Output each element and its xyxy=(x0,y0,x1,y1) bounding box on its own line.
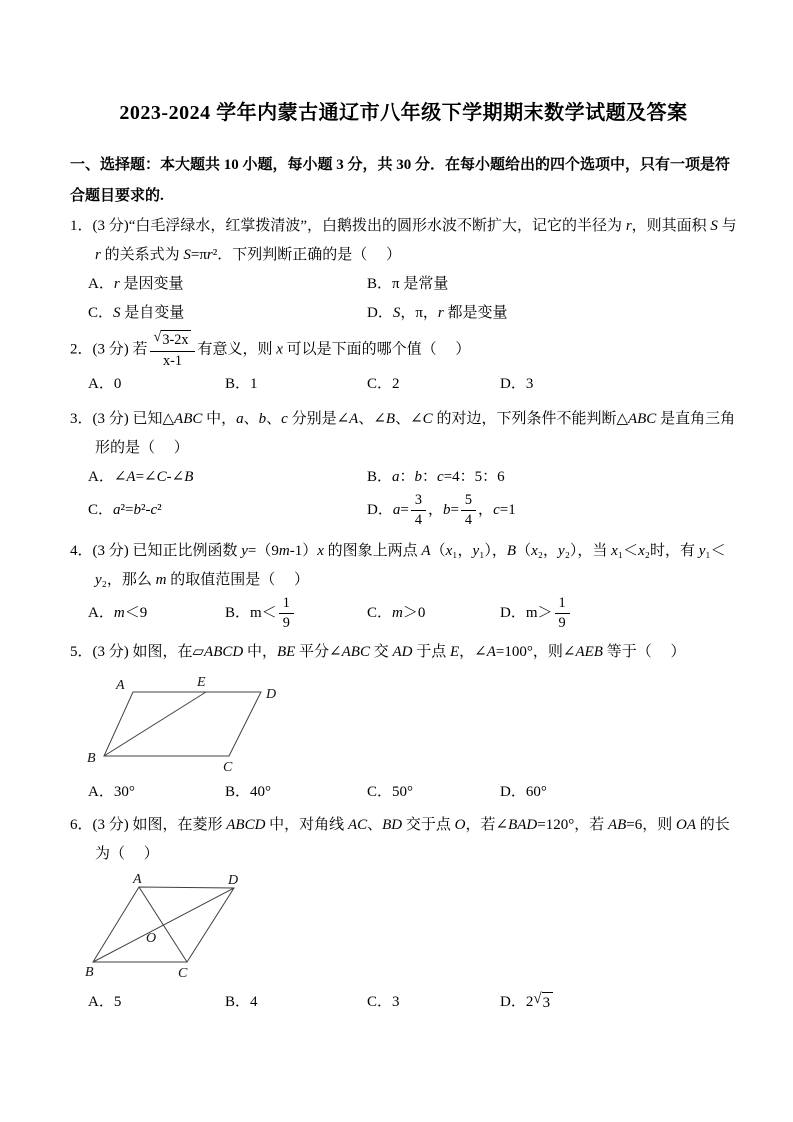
question-3-option-b: B．a：b：c=4：5：6 xyxy=(367,463,737,492)
rhombus-figure: A D O B C xyxy=(78,872,298,984)
vertex-label-d: D xyxy=(265,687,276,702)
question-3: 3．(3 分) 已知△ABC 中，a、b、c 分别是∠A、∠B、∠C 的对边，下… xyxy=(70,405,737,529)
question-4-option-d: D．m＞19 xyxy=(500,595,737,632)
question-4: 4．(3 分) 已知正比例函数 y=（9m-1）x 的图象上两点 A（x₁，y₁… xyxy=(70,537,737,632)
question-6-option-b: B．4 xyxy=(225,988,367,1017)
question-3-option-a: A．∠A=∠C-∠B xyxy=(88,463,367,492)
question-1-option-d: D．S，π，r 都是变量 xyxy=(367,299,737,328)
question-6-options: A．5 B．4 C．3 D．2√3 xyxy=(70,988,737,1017)
question-5-stem: 5．(3 分) 如图，在▱ABCD 中，BE 平分∠ABC 交 AD 于点 E，… xyxy=(70,638,737,667)
question-1-options: A．r 是因变量 B．π 是常量 C．S 是自变量 D．S，π，r 都是变量 xyxy=(70,270,737,328)
vertex-label-c: C xyxy=(223,760,233,775)
question-2-option-b: B．1 xyxy=(225,370,367,399)
center-label-o: O xyxy=(146,931,156,946)
question-2: 2．(3 分) 若√3-2xx-1有意义，则 x 可以是下面的哪个值（ ） A．… xyxy=(70,330,737,399)
exam-page: 2023-2024 学年内蒙古通辽市八年级下学期期末数学试题及答案 一、选择题：… xyxy=(0,0,793,1122)
diagonal-bd xyxy=(93,888,234,962)
page-title: 2023-2024 学年内蒙古通辽市八年级下学期期末数学试题及答案 xyxy=(70,98,737,128)
question-6-option-d: D．2√3 xyxy=(500,988,737,1017)
question-2-option-a: A．0 xyxy=(88,370,225,399)
vertex-label-b: B xyxy=(85,965,94,980)
vertex-label-a: A xyxy=(132,872,142,887)
question-4-option-c: C．m＞0 xyxy=(367,599,500,628)
question-4-option-b: B．m＜19 xyxy=(225,595,367,632)
vertex-label-e: E xyxy=(196,675,206,690)
question-2-options: A．0 B．1 C．2 D．3 xyxy=(70,370,737,399)
question-6-option-a: A．5 xyxy=(88,988,225,1017)
parallelogram-figure: A E D B C xyxy=(84,672,384,776)
question-2-option-d: D．3 xyxy=(500,370,737,399)
question-5-option-a: A．30° xyxy=(88,778,225,807)
question-1: 1．(3 分)“白毛浮绿水，红掌拨清波”，白鹅拨出的圆形水波不断扩大，记它的半径… xyxy=(70,212,737,328)
vertex-label-a: A xyxy=(115,678,125,693)
question-3-stem: 3．(3 分) 已知△ABC 中，a、b、c 分别是∠A、∠B、∠C 的对边，下… xyxy=(70,405,737,463)
question-6: 6．(3 分) 如图，在菱形 ABCD 中，对角线 AC、BD 交于点 O，若∠… xyxy=(70,811,737,1017)
question-1-stem: 1．(3 分)“白毛浮绿水，红掌拨清波”，白鹅拨出的圆形水波不断扩大，记它的半径… xyxy=(70,212,737,270)
question-5-option-b: B．40° xyxy=(225,778,367,807)
question-5-option-c: C．50° xyxy=(367,778,500,807)
question-1-option-a: A．r 是因变量 xyxy=(88,270,367,299)
question-5-options: A．30° B．40° C．50° D．60° xyxy=(70,778,737,807)
question-5: 5．(3 分) 如图，在▱ABCD 中，BE 平分∠ABC 交 AD 于点 E，… xyxy=(70,638,737,807)
question-6-stem: 6．(3 分) 如图，在菱形 ABCD 中，对角线 AC、BD 交于点 O，若∠… xyxy=(70,811,737,869)
question-3-option-c: C．a²=b²-c² xyxy=(88,496,367,525)
vertex-label-b: B xyxy=(87,751,96,766)
segment-be xyxy=(104,692,206,756)
question-3-options: A．∠A=∠C-∠B B．a：b：c=4：5：6 C．a²=b²-c² D．a=… xyxy=(70,463,737,529)
diagonal-ac xyxy=(139,887,187,962)
vertex-label-d: D xyxy=(227,873,238,888)
question-1-option-c: C．S 是自变量 xyxy=(88,299,367,328)
question-6-option-c: C．3 xyxy=(367,988,500,1017)
question-4-stem: 4．(3 分) 已知正比例函数 y=（9m-1）x 的图象上两点 A（x₁，y₁… xyxy=(70,537,737,595)
question-4-options: A．m＜9 B．m＜19 C．m＞0 D．m＞19 xyxy=(70,595,737,632)
question-3-option-d: D．a=34，b=54，c=1 xyxy=(367,492,737,529)
parallelogram-outline xyxy=(104,692,261,756)
question-2-option-c: C．2 xyxy=(367,370,500,399)
question-1-option-b: B．π 是常量 xyxy=(367,270,737,299)
question-5-option-d: D．60° xyxy=(500,778,737,807)
vertex-label-c: C xyxy=(178,966,188,981)
question-2-stem: 2．(3 分) 若√3-2xx-1有意义，则 x 可以是下面的哪个值（ ） xyxy=(70,330,737,370)
section-header: 一、选择题：本大题共 10 小题，每小题 3 分，共 30 分．在每小题给出的四… xyxy=(70,150,737,212)
question-4-option-a: A．m＜9 xyxy=(88,599,225,628)
